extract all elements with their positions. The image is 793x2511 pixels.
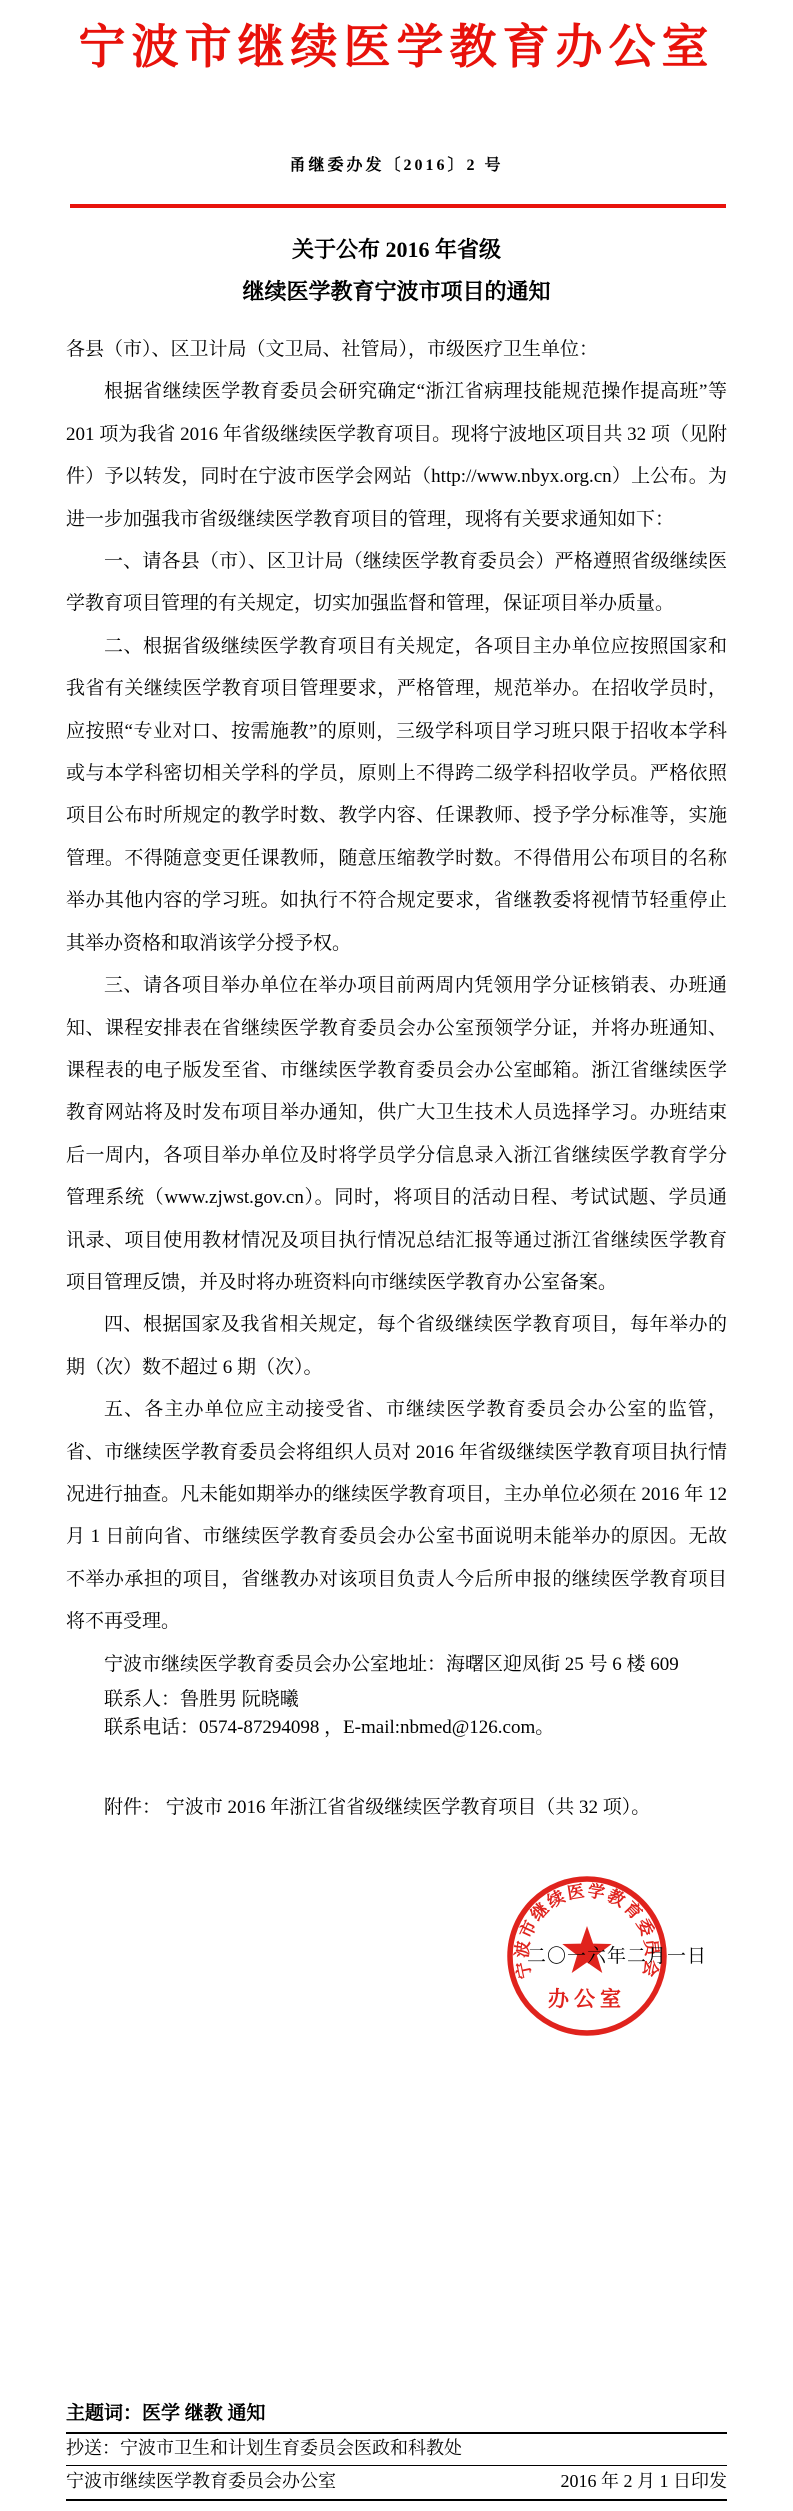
contact-person: 联系人：鲁胜男 阮晓曦	[66, 1686, 727, 1714]
paragraph-1: 根据省继续医学教育委员会研究确定“浙江省病理技能规范操作提高班”等 201 项为…	[66, 371, 727, 541]
salutation: 各县（市）、区卫计局（文卫局、社管局），市级医疗卫生单位：	[66, 329, 727, 371]
document-title: 关于公布 2016 年省级 继续医学教育宁波市项目的通知	[0, 229, 793, 313]
document-number: 甬继委办发〔2016〕2 号	[0, 152, 793, 175]
footer-issuer-line: 宁波市继续医学教育委员会办公室 2016 年 2 月 1 日印发	[66, 2467, 727, 2501]
paragraph-2: 一、请各县（市）、区卫计局（继续医学教育委员会）严格遵照省级继续医学教育项目管理…	[66, 541, 727, 626]
paragraph-6: 五、各主办单位应主动接受省、市继续医学教育委员会办公室的监管，省、市继续医学教育…	[66, 1389, 727, 1643]
issue-date: 二〇一六年二月一日	[527, 1941, 707, 1968]
footer-print-date: 2016 年 2 月 1 日印发	[561, 2467, 728, 2493]
footer-cc-line: 抄送：宁波市卫生和计划生育委员会医政和科教处	[66, 2434, 727, 2466]
document-title-line1: 关于公布 2016 年省级	[0, 229, 793, 271]
paragraph-4: 三、请各项目举办单位在举办项目前两周内凭领用学分证核销表、办班通知、课程安排表在…	[66, 965, 727, 1304]
document-body: 各县（市）、区卫计局（文卫局、社管局），市级医疗卫生单位： 根据省继续医学教育委…	[66, 329, 727, 1742]
footer-subject-line: 主题词：医学 继教 通知	[66, 2398, 727, 2434]
contact-phone-email: 联系电话：0574-87294098 ，E-mail:nbmed@126.com…	[66, 1714, 727, 1742]
paragraph-5: 四、根据国家及我省相关规定，每个省级继续医学教育项目，每年举办的期（次）数不超过…	[66, 1304, 727, 1389]
red-separator-rule	[70, 204, 726, 208]
contact-block: 联系人：鲁胜男 阮晓曦 联系电话：0574-87294098 ，E-mail:n…	[66, 1686, 727, 1742]
office-address: 宁波市继续医学教育委员会办公室地址：海曙区迎凤街 25 号 6 楼 609	[66, 1644, 727, 1686]
agency-header-title: 宁波市继续医学教育办公室	[0, 10, 793, 77]
paragraph-3: 二、根据省级继续医学教育项目有关规定，各项目主办单位应按照国家和我省有关继续医学…	[66, 626, 727, 965]
document-page: 宁波市继续医学教育办公室 甬继委办发〔2016〕2 号 关于公布 2016 年省…	[0, 0, 793, 2511]
footer-issuer: 宁波市继续医学教育委员会办公室	[66, 2467, 336, 2493]
document-title-line2: 继续医学教育宁波市项目的通知	[0, 271, 793, 313]
seal-center-text: 办公室	[548, 1987, 626, 2011]
attachment-note: 附件： 宁波市 2016 年浙江省省级继续医学教育项目（共 32 项）。	[66, 1792, 727, 1819]
